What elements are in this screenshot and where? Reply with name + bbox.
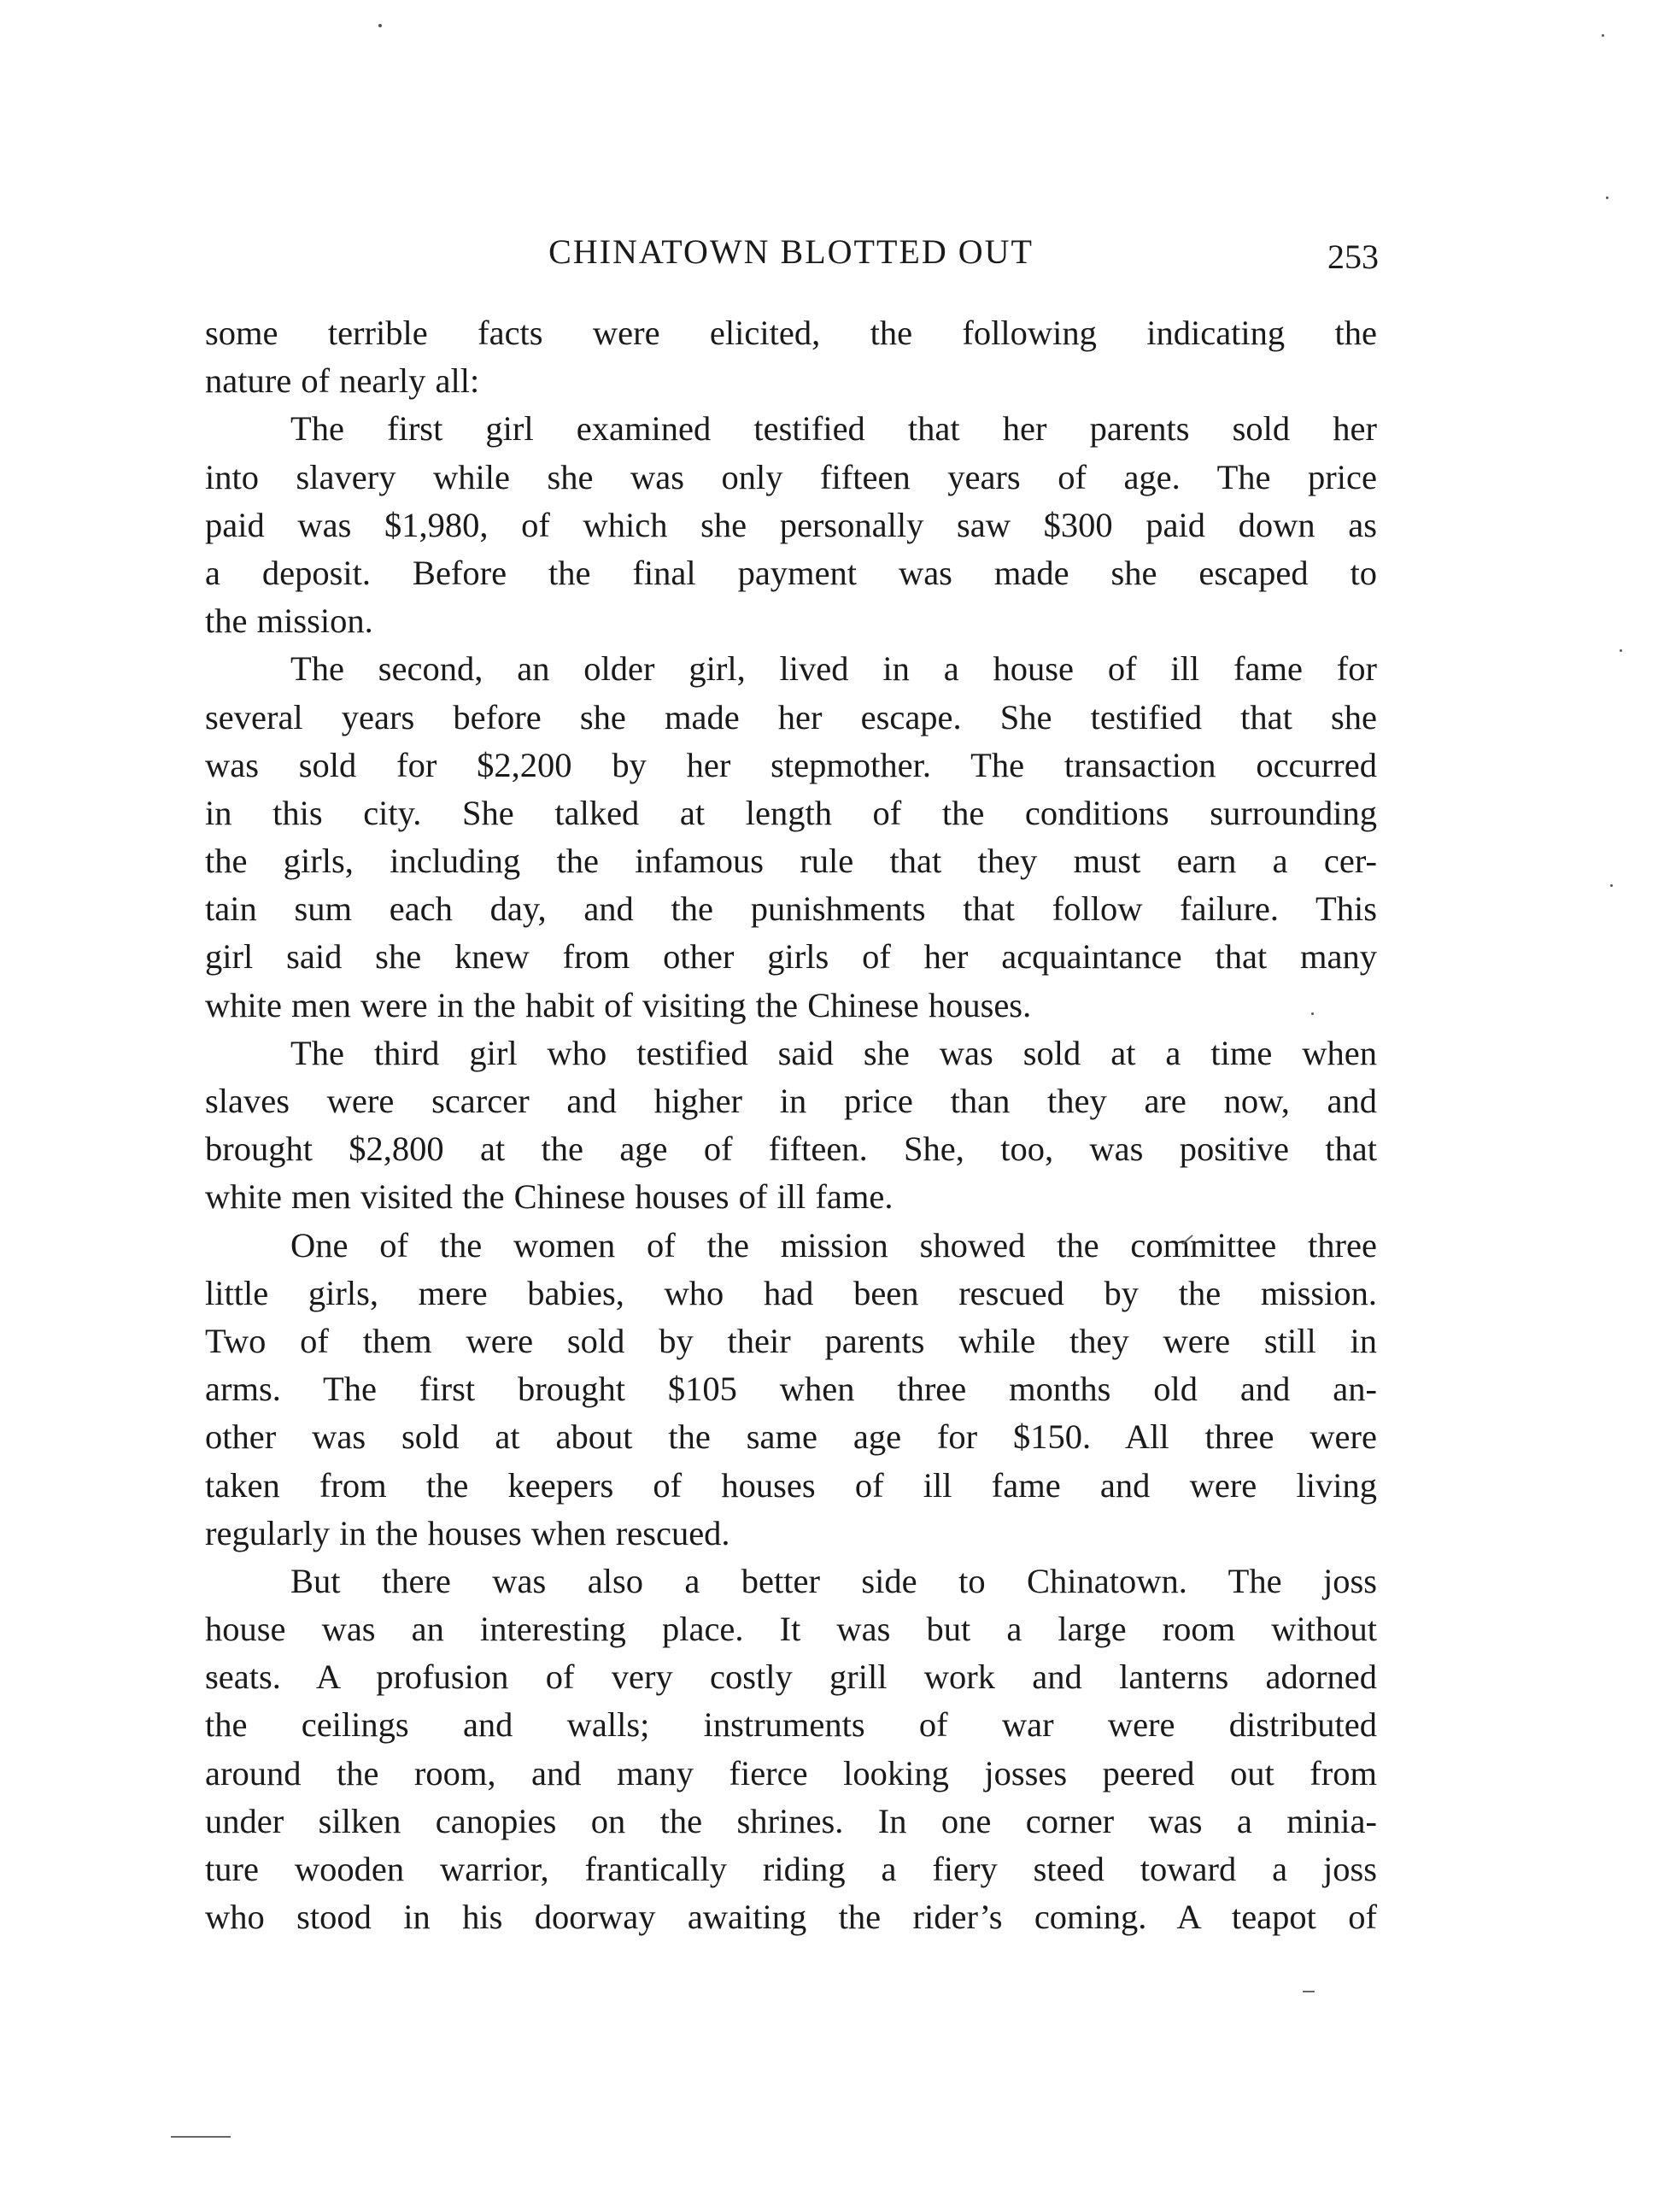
scan-speck	[1610, 884, 1613, 887]
book-page: CHINATOWN BLOTTED OUT 253 some terrible …	[0, 0, 1664, 2212]
scan-speck	[1606, 197, 1608, 199]
text-line: the ceilings and walls; instruments of w…	[205, 1701, 1377, 1749]
text-line: the girls, including the infamous rule t…	[205, 837, 1377, 885]
text-line: One of the women of the mission showed t…	[205, 1222, 1377, 1270]
body-text: some terrible facts were elicited, the f…	[205, 309, 1377, 1941]
scan-speck	[1602, 34, 1604, 37]
text-line: other was sold at about the same age for…	[205, 1413, 1377, 1461]
text-line: into slavery while she was only fifteen …	[205, 454, 1377, 502]
scan-speck	[1620, 649, 1622, 652]
text-line: white men visited the Chinese houses of …	[205, 1173, 1377, 1221]
text-line: brought $2,800 at the age of fifteen. Sh…	[205, 1125, 1377, 1173]
scan-speck	[1311, 1012, 1314, 1015]
text-line: a deposit. Before the final payment was …	[205, 549, 1377, 597]
scan-speck	[378, 24, 382, 27]
text-line: around the room, and many fierce looking…	[205, 1750, 1377, 1798]
text-line: tain sum each day, and the punishments t…	[205, 885, 1377, 933]
scan-mark	[171, 2136, 231, 2138]
text-line: under silken canopies on the shrines. In…	[205, 1798, 1377, 1845]
text-line: But there was also a better side to Chin…	[205, 1558, 1377, 1605]
text-line: several years before she made her escape…	[205, 694, 1377, 742]
text-line: taken from the keepers of houses of ill …	[205, 1462, 1377, 1510]
text-line: slaves were scarcer and higher in price …	[205, 1077, 1377, 1125]
running-title: CHINATOWN BLOTTED OUT	[205, 226, 1377, 278]
text-line: the mission.	[205, 597, 1377, 645]
text-line: house was an interesting place. It was b…	[205, 1605, 1377, 1653]
text-line: seats. A profusion of very costly grill …	[205, 1653, 1377, 1701]
text-line: paid was $1,980, of which she personally…	[205, 502, 1377, 549]
scan-mark	[1303, 1991, 1315, 1992]
scan-speck	[214, 1675, 217, 1678]
text-line: little girls, mere babies, who had been …	[205, 1270, 1377, 1317]
text-line: The second, an older girl, lived in a ho…	[205, 645, 1377, 693]
text-line: ture wooden warrior, frantically riding …	[205, 1845, 1377, 1893]
text-line: The third girl who testified said she wa…	[205, 1030, 1377, 1077]
text-line: white men were in the habit of visiting …	[205, 982, 1377, 1030]
text-line: some terrible facts were elicited, the f…	[205, 309, 1377, 357]
text-line: was sold for $2,200 by her stepmother. T…	[205, 742, 1377, 789]
text-line: arms. The first brought $105 when three …	[205, 1365, 1377, 1413]
page-number: 253	[1327, 232, 1379, 283]
text-line: Two of them were sold by their parents w…	[205, 1317, 1377, 1365]
text-line: girl said she knew from other girls of h…	[205, 933, 1377, 981]
text-line: who stood in his doorway awaiting the ri…	[205, 1893, 1377, 1941]
running-head: CHINATOWN BLOTTED OUT 253	[205, 226, 1377, 278]
text-line: regularly in the houses when rescued.	[205, 1510, 1377, 1558]
text-line: nature of nearly all:	[205, 357, 1377, 405]
text-line: The first girl examined testified that h…	[205, 405, 1377, 453]
text-line: in this city. She talked at length of th…	[205, 789, 1377, 837]
